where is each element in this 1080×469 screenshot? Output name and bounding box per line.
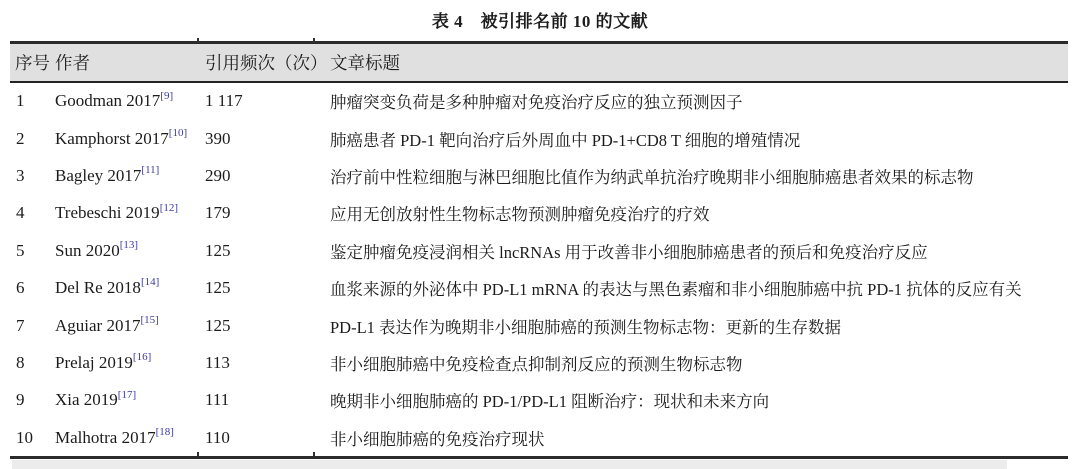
- row-number: 2: [10, 120, 55, 157]
- author-cell: Xia 2019[17]: [55, 382, 205, 419]
- author-cell: Kamphorst 2017[10]: [55, 120, 205, 157]
- author-name: Bagley 2017: [55, 166, 141, 185]
- author-name: Prelaj 2019: [55, 353, 133, 372]
- author-name: Malhotra 2017: [55, 428, 156, 447]
- citations-cell: 290: [205, 157, 330, 194]
- reference-superscript: [13]: [120, 239, 138, 251]
- citations-cell: 125: [205, 307, 330, 344]
- table-caption: 表 4 被引排名前 10 的文献: [0, 7, 1080, 32]
- article-title-cell: 非小细胞肺癌中免疫检查点抑制剂反应的预测生物标志物: [330, 344, 1068, 381]
- author-cell: Prelaj 2019[16]: [55, 344, 205, 381]
- table-row: 8 Prelaj 2019[16] 113 非小细胞肺癌中免疫检查点抑制剂反应的…: [10, 344, 1068, 381]
- row-number: 7: [10, 307, 55, 344]
- citations-cell: 110: [205, 419, 330, 458]
- table-row: 9 Xia 2019[17] 111 晚期非小细胞肺癌的 PD-1/PD-L1 …: [10, 382, 1068, 419]
- citations-cell: 1 117: [205, 82, 330, 120]
- author-cell: Malhotra 2017[18]: [55, 419, 205, 458]
- paper-table-page: 表 4 被引排名前 10 的文献 序号 作者 引用频次（次） 文章标题 1 Go…: [0, 0, 1080, 469]
- article-title-cell: 治疗前中性粒细胞与淋巴细胞比值作为纳武单抗治疗晚期非小细胞肺癌患者效果的标志物: [330, 157, 1068, 194]
- table-row: 2 Kamphorst 2017[10] 390 肺癌患者 PD-1 靶向治疗后…: [10, 120, 1068, 157]
- row-number: 9: [10, 382, 55, 419]
- row-number: 1: [10, 82, 55, 120]
- header-row: 序号 作者 引用频次（次） 文章标题: [10, 43, 1068, 82]
- row-number: 5: [10, 232, 55, 269]
- header-author: 作者: [55, 43, 205, 82]
- article-title-cell: 肿瘤突变负荷是多种肿瘤对免疫治疗反应的独立预测因子: [330, 82, 1068, 120]
- author-name: Goodman 2017: [55, 91, 160, 110]
- author-name: Kamphorst 2017: [55, 129, 169, 148]
- citations-cell: 179: [205, 195, 330, 232]
- article-title-cell: 肺癌患者 PD-1 靶向治疗后外周血中 PD-1+CD8 T 细胞的增殖情况: [330, 120, 1068, 157]
- article-title-cell: 血浆来源的外泌体中 PD-L1 mRNA 的表达与黑色素瘤和非小细胞肺癌中抗 P…: [330, 269, 1068, 306]
- top-cited-references-table: 序号 作者 引用频次（次） 文章标题 1 Goodman 2017[9] 1 1…: [10, 41, 1068, 459]
- table-row: 6 Del Re 2018[14] 125 血浆来源的外泌体中 PD-L1 mR…: [10, 269, 1068, 306]
- article-title-cell: 鉴定肿瘤免疫浸润相关 lncRNAs 用于改善非小细胞肺癌患者的预后和免疫治疗反…: [330, 232, 1068, 269]
- border-tick: [197, 38, 199, 43]
- article-title-cell: 晚期非小细胞肺癌的 PD-1/PD-L1 阻断治疗：现状和未来方向: [330, 382, 1068, 419]
- reference-superscript: [12]: [160, 202, 178, 214]
- author-cell: Aguiar 2017[15]: [55, 307, 205, 344]
- table-row: 7 Aguiar 2017[15] 125 PD-L1 表达作为晚期非小细胞肺癌…: [10, 307, 1068, 344]
- reference-superscript: [10]: [169, 127, 187, 139]
- row-number: 8: [10, 344, 55, 381]
- row-number: 3: [10, 157, 55, 194]
- row-number: 10: [10, 419, 55, 458]
- author-cell: Del Re 2018[14]: [55, 269, 205, 306]
- author-cell: Bagley 2017[11]: [55, 157, 205, 194]
- citations-cell: 113: [205, 344, 330, 381]
- citations-cell: 125: [205, 269, 330, 306]
- row-number: 6: [10, 269, 55, 306]
- author-cell: Goodman 2017[9]: [55, 82, 205, 120]
- table-row: 5 Sun 2020[13] 125 鉴定肿瘤免疫浸润相关 lncRNAs 用于…: [10, 232, 1068, 269]
- author-name: Sun 2020: [55, 241, 120, 260]
- row-number: 4: [10, 195, 55, 232]
- reference-superscript: [16]: [133, 351, 151, 363]
- table-row: 4 Trebeschi 2019[12] 179 应用无创放射性生物标志物预测肿…: [10, 195, 1068, 232]
- author-cell: Sun 2020[13]: [55, 232, 205, 269]
- citations-cell: 111: [205, 382, 330, 419]
- author-name: Trebeschi 2019: [55, 203, 160, 222]
- border-tick: [197, 452, 199, 457]
- reference-superscript: [17]: [118, 389, 136, 401]
- author-name: Del Re 2018: [55, 278, 141, 297]
- header-citations: 引用频次（次）: [205, 43, 330, 82]
- header-title: 文章标题: [330, 43, 1068, 82]
- header-no: 序号: [10, 43, 55, 82]
- table-row: 10 Malhotra 2017[18] 110 非小细胞肺癌的免疫治疗现状: [10, 419, 1068, 458]
- reference-superscript: [15]: [140, 314, 158, 326]
- author-name: Xia 2019: [55, 390, 118, 409]
- table-header: 序号 作者 引用频次（次） 文章标题: [10, 43, 1068, 82]
- reference-superscript: [14]: [141, 276, 159, 288]
- border-tick: [313, 38, 315, 43]
- scan-shadow: [12, 460, 1007, 469]
- citations-cell: 125: [205, 232, 330, 269]
- article-title-cell: 非小细胞肺癌的免疫治疗现状: [330, 419, 1068, 458]
- article-title-cell: PD-L1 表达作为晚期非小细胞肺癌的预测生物标志物：更新的生存数据: [330, 307, 1068, 344]
- author-name: Aguiar 2017: [55, 316, 140, 335]
- citations-cell: 390: [205, 120, 330, 157]
- author-cell: Trebeschi 2019[12]: [55, 195, 205, 232]
- article-title-cell: 应用无创放射性生物标志物预测肿瘤免疫治疗的疗效: [330, 195, 1068, 232]
- reference-superscript: [9]: [160, 90, 173, 102]
- table-row: 3 Bagley 2017[11] 290 治疗前中性粒细胞与淋巴细胞比值作为纳…: [10, 157, 1068, 194]
- reference-superscript: [11]: [141, 164, 159, 176]
- table-body: 1 Goodman 2017[9] 1 117 肿瘤突变负荷是多种肿瘤对免疫治疗…: [10, 82, 1068, 458]
- table-row: 1 Goodman 2017[9] 1 117 肿瘤突变负荷是多种肿瘤对免疫治疗…: [10, 82, 1068, 120]
- reference-superscript: [18]: [156, 426, 174, 438]
- border-tick: [313, 452, 315, 457]
